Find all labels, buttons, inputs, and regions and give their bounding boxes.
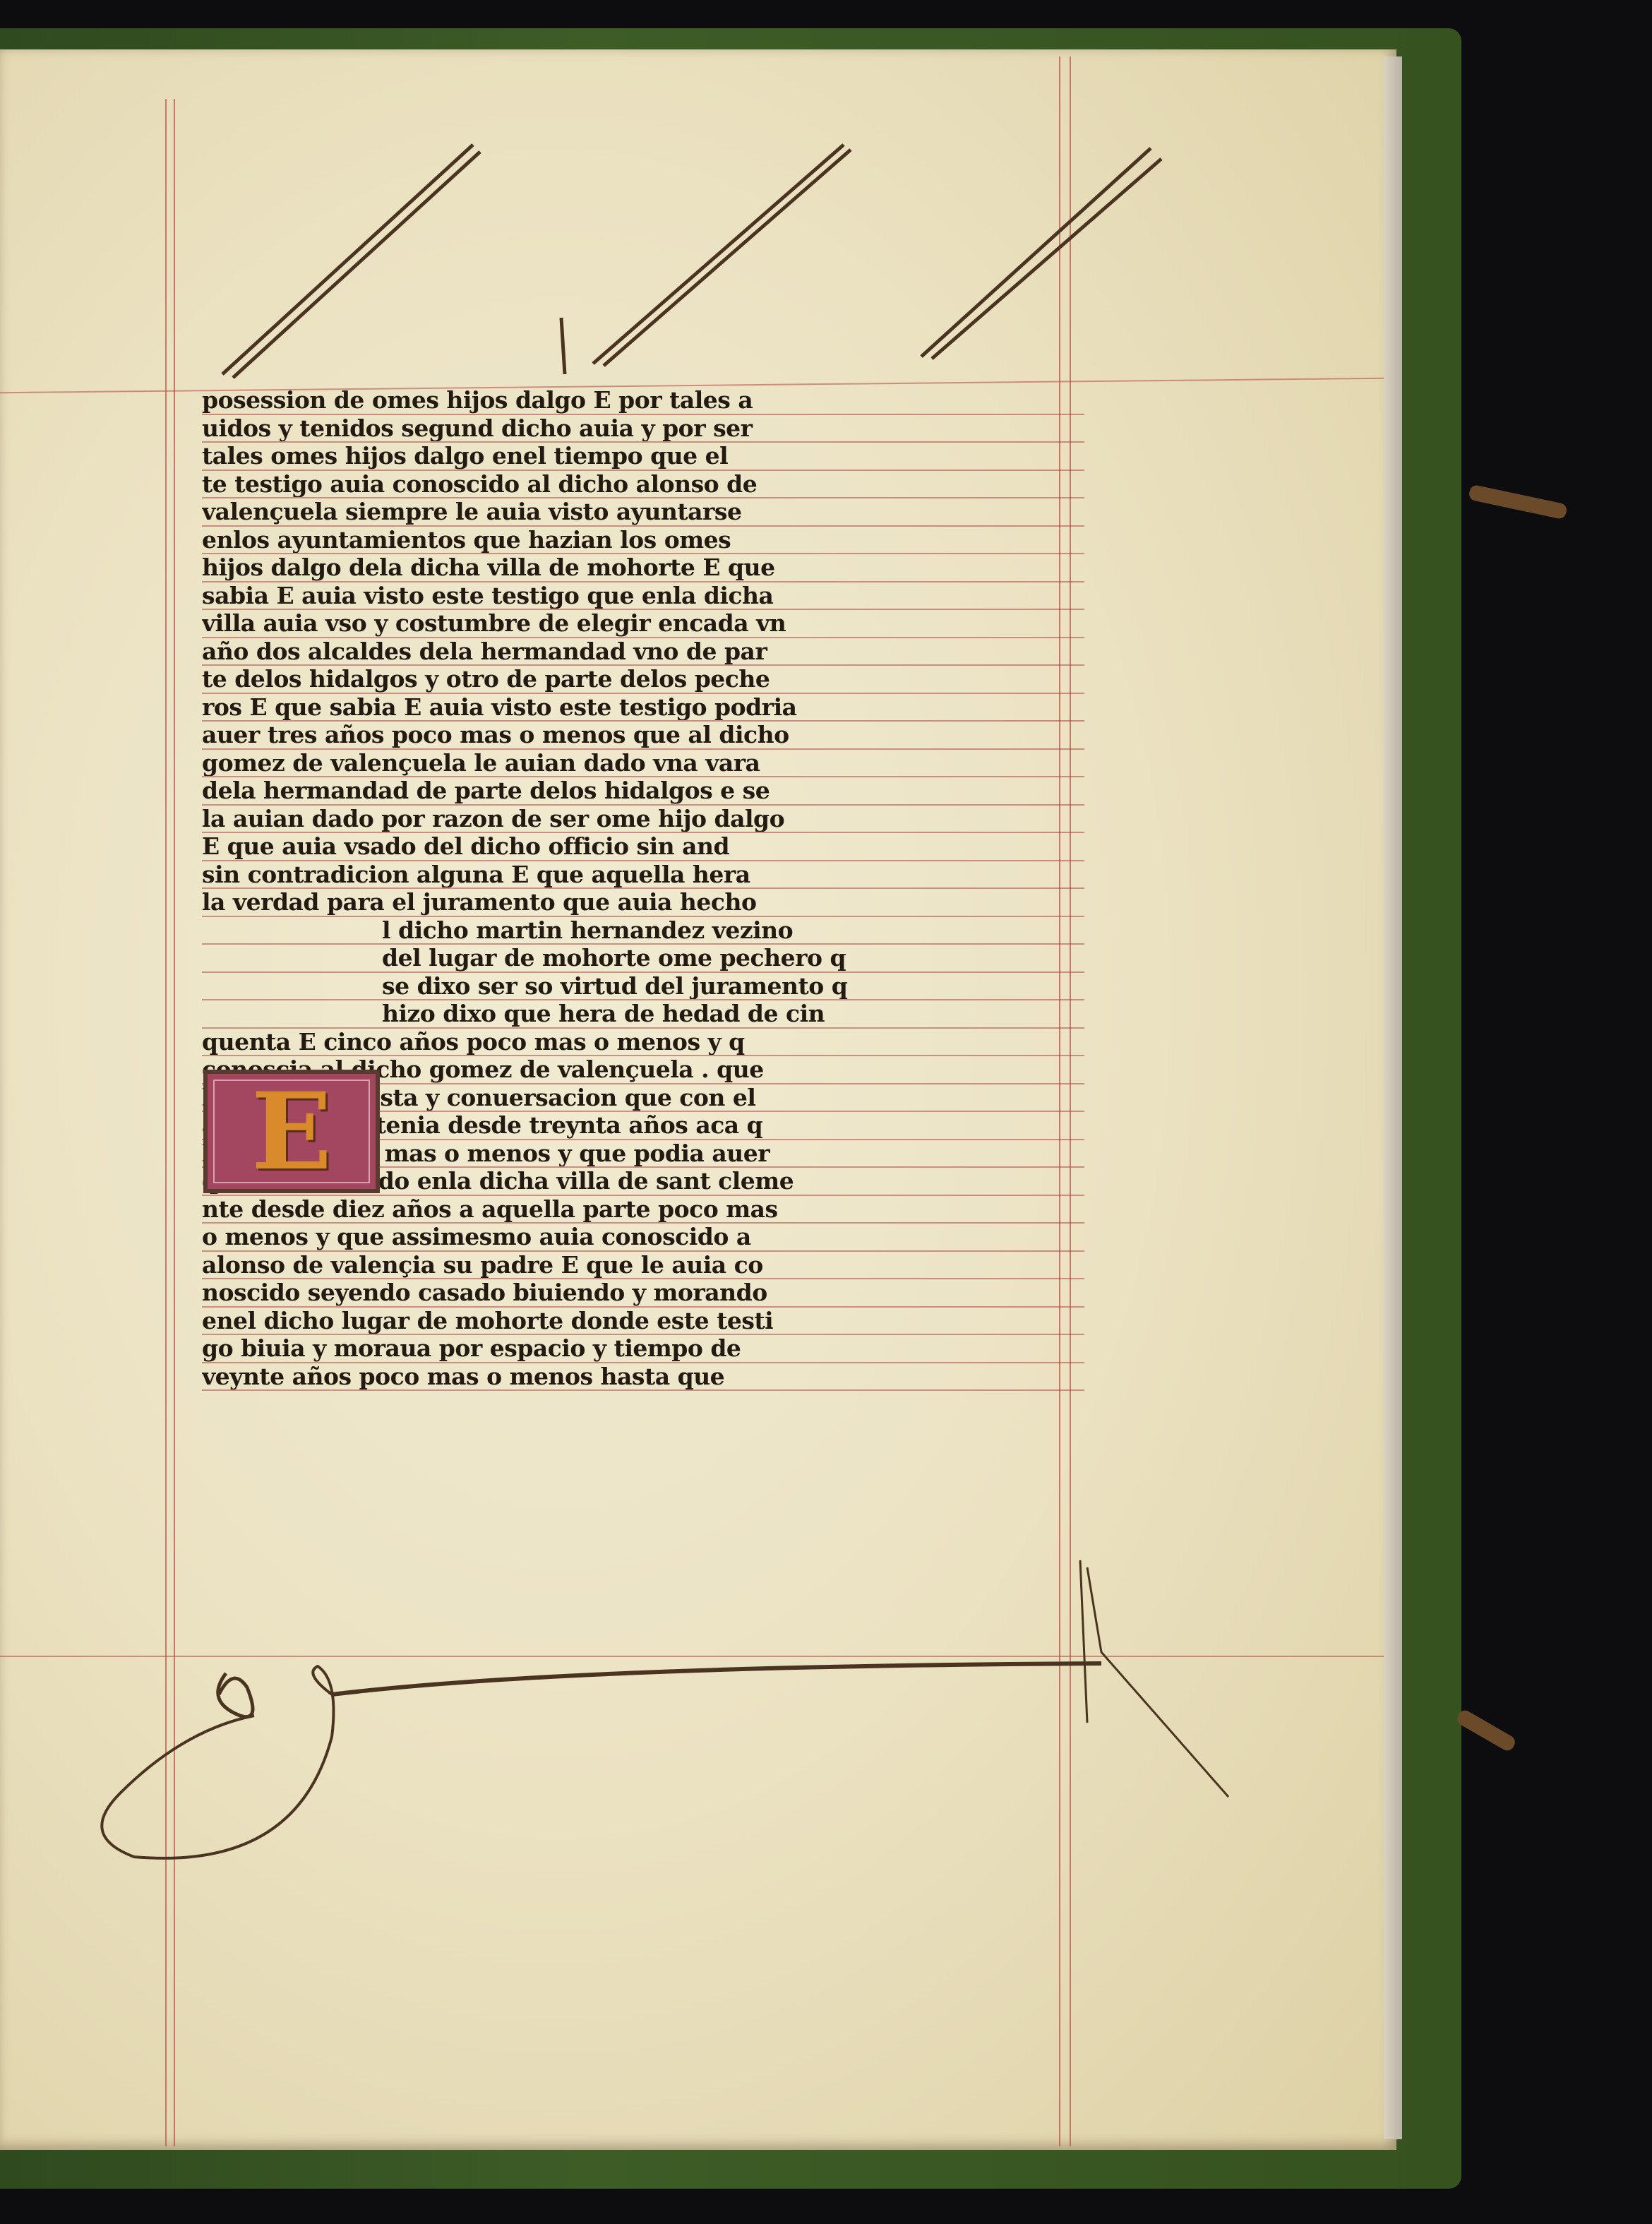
text-line: nte desde diez años a aquella parte poco… — [202, 1196, 1084, 1224]
text-line: enel dicho lugar de mohorte donde este t… — [202, 1308, 1084, 1336]
text-line: sin contradicion alguna E que aquella he… — [202, 861, 1084, 890]
text-line: go biuia y moraua por espacio y tiempo d… — [202, 1335, 1084, 1363]
text-line: o menos y que assimesmo auia conoscido a — [202, 1224, 1084, 1252]
text-line: dela hermandad de parte delos hidalgos e… — [202, 777, 1084, 806]
text-line: hijos dalgo dela dicha villa de mohorte … — [202, 554, 1084, 582]
text-line: villa auia vso y costumbre de elegir enc… — [202, 610, 1084, 638]
text-line: posession de omes hijos dalgo E por tale… — [202, 387, 1084, 415]
text-line: hizo dixo que hera de hedad de cin — [202, 1000, 1084, 1029]
text-line: la auian dado por razon de ser ome hijo … — [202, 806, 1084, 834]
illuminated-initial: E — [203, 1070, 380, 1193]
text-line: la verdad para el juramento que auia hec… — [202, 889, 1084, 917]
text-line: noscido seyendo casado biuiendo y morand… — [202, 1279, 1084, 1308]
text-line: tales omes hijos dalgo enel tiempo que e… — [202, 443, 1084, 471]
text-line: E que auia vsado del dicho officio sin a… — [202, 833, 1084, 861]
text-line: del lugar de mohorte ome pechero q — [202, 945, 1084, 973]
text-line: te delos hidalgos y otro de parte delos … — [202, 666, 1084, 694]
text-line: gomez de valençuela le auian dado vna va… — [202, 750, 1084, 778]
initial-letter: E — [251, 1079, 332, 1185]
text-line: veynte años poco mas o menos hasta que — [202, 1363, 1084, 1392]
text-line: quenta E cinco años poco mas o menos y q — [202, 1029, 1084, 1057]
text-line: uidos y tenidos segund dicho auia y por … — [202, 415, 1084, 443]
text-line: l dicho martin hernandez vezino — [202, 917, 1084, 945]
manuscript-text-block: posession de omes hijos dalgo E por tale… — [202, 387, 1084, 1391]
text-line: se dixo ser so virtud del juramento q — [202, 973, 1084, 1001]
text-line: valençuela siempre le auia visto ayuntar… — [202, 498, 1084, 527]
text-line: ros E que sabia E auia visto este testig… — [202, 694, 1084, 722]
text-line: auer tres años poco mas o menos que al d… — [202, 722, 1084, 750]
text-line: alonso de valençia su padre E que le aui… — [202, 1252, 1084, 1280]
text-line: te testigo auia conoscido al dicho alons… — [202, 471, 1084, 499]
text-line: enlos ayuntamientos que hazian los omes — [202, 527, 1084, 555]
text-line: sabia E auia visto este testigo que enla… — [202, 582, 1084, 611]
text-line: año dos alcaldes dela hermandad vno de p… — [202, 638, 1084, 666]
